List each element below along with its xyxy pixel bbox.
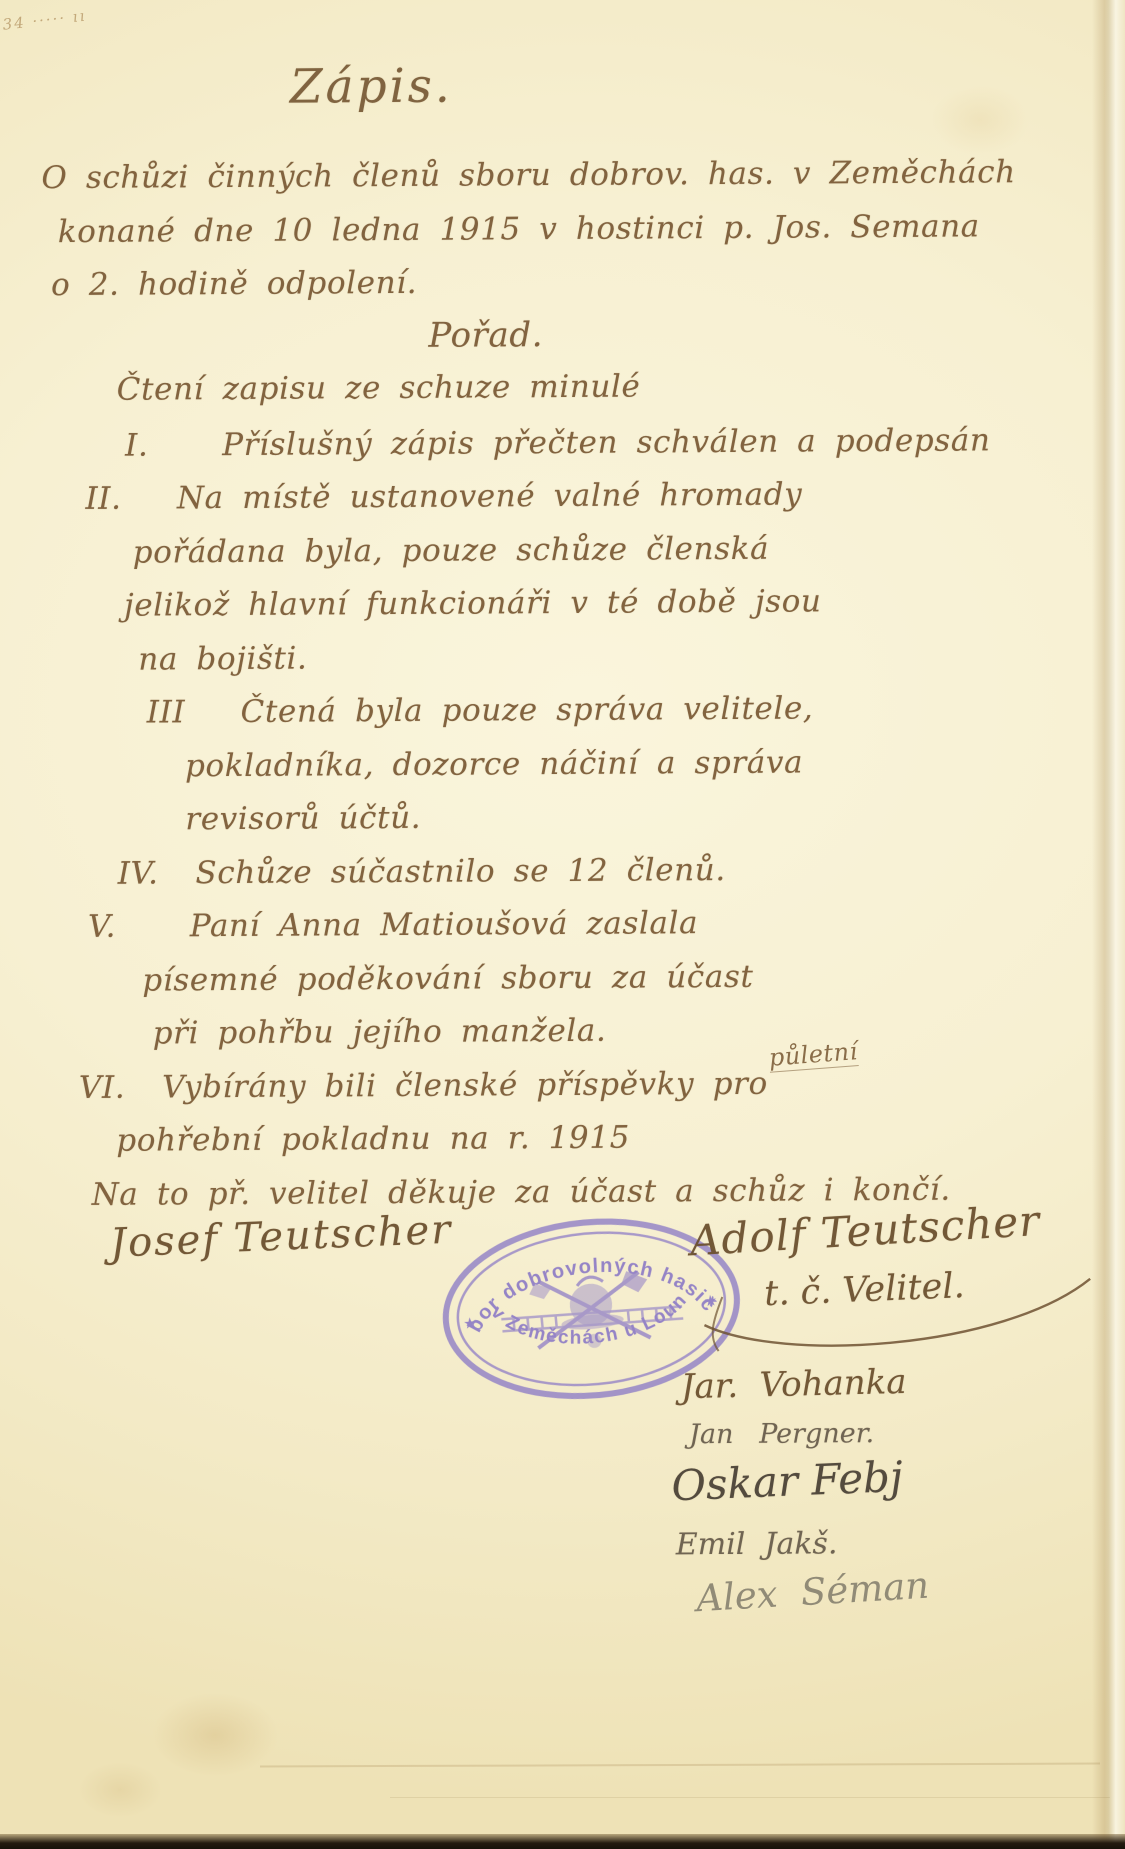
manuscript-line: O schůzi činných členů sboru dobrov. has…: [41, 157, 1015, 194]
agenda-item-1: I. Příslušný zápis přečten schválen a po…: [125, 425, 991, 461]
manuscript-line: Čtení zapisu ze schuze minulé: [117, 372, 641, 406]
signature-member-pencil: Alex Séman: [695, 1564, 930, 1621]
signature-flourish: [692, 1265, 1103, 1364]
archive-corner-mark: 34 ····· ıı: [2, 7, 88, 34]
agenda-item-3: III Čtená byla pouze správa velitele,: [147, 693, 814, 728]
agenda-item-2: II. Na místě ustanovené valné hromady: [85, 480, 802, 515]
manuscript-line: jelikož hlavní funkcionáři v té době jso…: [124, 586, 822, 621]
agenda-item-4: IV. Schůze súčastnilo se 12 členů.: [118, 855, 726, 890]
agenda-item-6: VI. Vybírány bili členské příspěvky pro: [79, 1069, 768, 1104]
signature-member: Oskar Febj: [670, 1452, 903, 1510]
agenda-item-5: V. Paní Anna Matioušová zaslala: [88, 908, 698, 943]
book-bottom-edge: [0, 1834, 1125, 1849]
signature-member: Jar. Vohanka: [680, 1362, 907, 1407]
manuscript-line: písemné poděkování sboru za účast: [142, 962, 753, 997]
manuscript-line: pohřební pokladnu na r. 1915: [116, 1123, 630, 1157]
page-edge-fold: [1092, 0, 1125, 1849]
paper-crease: [390, 1797, 1110, 1798]
signature-member: Jan Pergner.: [689, 1418, 874, 1450]
closing-line: Na to př. velitel děkuje za účast a schů…: [92, 1175, 951, 1211]
agenda-heading: Pořad.: [428, 318, 543, 353]
manuscript-line: pořádana byla, pouze schůze členská: [133, 534, 770, 569]
stamp-star-left: ★: [463, 1314, 478, 1333]
manuscript-page: 34 ····· ıı Zápis. O schůzi činných člen…: [0, 0, 1125, 1849]
manuscript-line: konané dne 10 ledna 1915 v hostinci p. J…: [58, 211, 980, 248]
manuscript-line: revisorů účtů.: [185, 803, 421, 835]
document-title: Zápis.: [290, 59, 453, 115]
interlinear-insertion: půletní: [768, 1037, 859, 1073]
manuscript-line: pokladníka, dozorce náčiní a správa: [185, 748, 803, 783]
manuscript-line: na bojišti.: [138, 644, 307, 676]
manuscript-line: při pohřbu jejího manžela.: [153, 1016, 607, 1050]
manuscript-line: o 2. hodině odpolení.: [51, 268, 417, 301]
signature-secretary: Josef Teutscher: [109, 1207, 453, 1267]
signature-member: Emil Jakš.: [676, 1526, 838, 1562]
